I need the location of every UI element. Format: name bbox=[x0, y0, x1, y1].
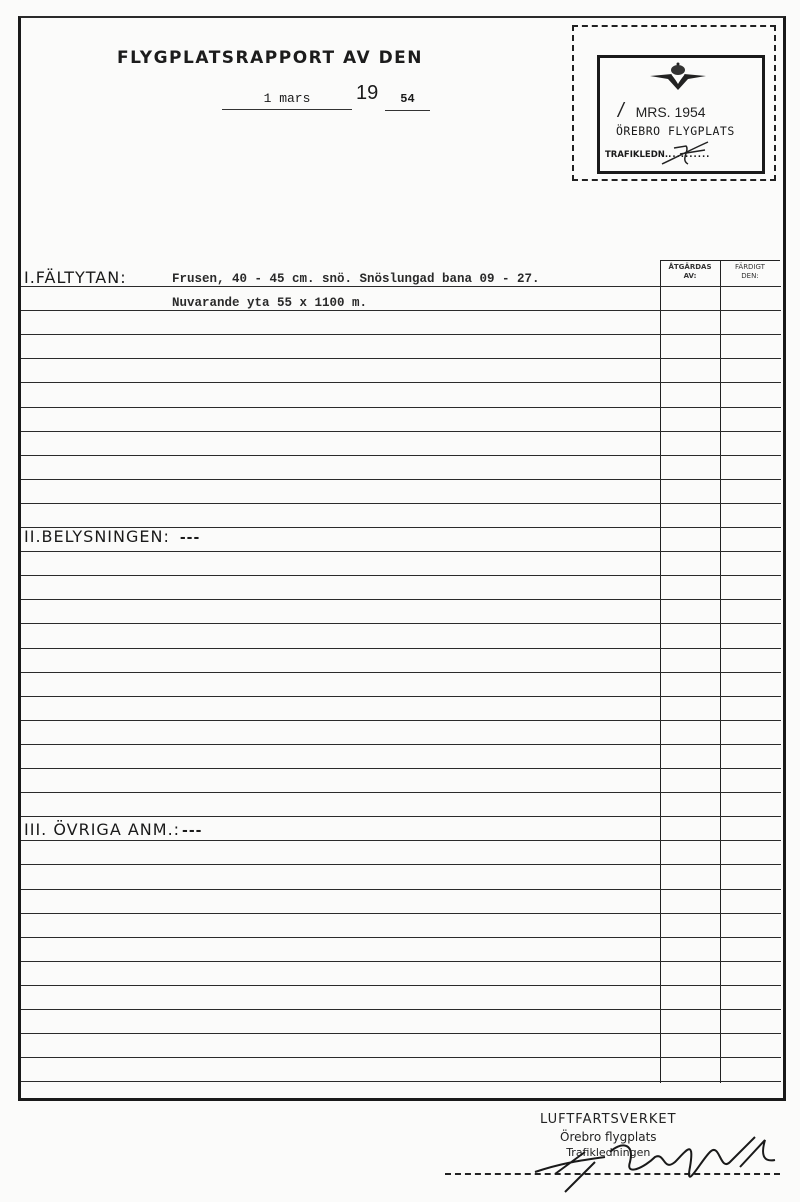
form-rule-line bbox=[21, 768, 781, 769]
report-date-century: 19 bbox=[356, 82, 378, 105]
form-rule-line bbox=[21, 334, 781, 335]
form-rule-line bbox=[21, 1009, 781, 1010]
form-rule-line bbox=[21, 720, 781, 721]
form-rule-line bbox=[21, 840, 781, 841]
form-rule-line bbox=[21, 961, 781, 962]
form-rule-line bbox=[21, 479, 781, 480]
section-lighting-value: --- bbox=[180, 530, 200, 546]
column-header-done-line1: FÄRDIGT bbox=[721, 263, 779, 272]
stamp-date: /MRS. 1954 bbox=[618, 100, 706, 123]
crown-wings-emblem-icon bbox=[648, 62, 708, 92]
form-rule-line bbox=[21, 696, 781, 697]
authority-org: LUFTFARTSVERKET bbox=[540, 1112, 677, 1127]
stamp-date-text: MRS. 1954 bbox=[636, 104, 706, 120]
section-other-remarks-value: --- bbox=[182, 823, 202, 839]
column-header-done-line2: DEN: bbox=[721, 272, 779, 281]
form-rule-line bbox=[21, 792, 781, 793]
section-field-surface-line1: Frusen, 40 - 45 cm. snö. Snöslungad bana… bbox=[172, 272, 540, 286]
section-lighting: II.BELYSNINGEN:--- bbox=[24, 527, 200, 546]
report-date-year: 54 bbox=[385, 88, 430, 111]
section-other-remarks-label: III. ÖVRIGA ANM.: bbox=[24, 820, 180, 839]
form-rule-line bbox=[21, 1057, 781, 1058]
form-rule-line bbox=[21, 864, 781, 865]
stamp-traffic-label: TRAFIKLEDN. bbox=[605, 150, 668, 160]
form-rule-line bbox=[21, 623, 781, 624]
form-rule-line bbox=[21, 1081, 781, 1082]
form-rule-line bbox=[21, 407, 781, 408]
form-rule-line bbox=[21, 382, 781, 383]
form-rule-line bbox=[21, 648, 781, 649]
section-other-remarks: III. ÖVRIGA ANM.:--- bbox=[24, 820, 202, 839]
form-rule-line bbox=[21, 575, 781, 576]
signature-icon bbox=[660, 138, 720, 168]
form-rule-line bbox=[21, 937, 781, 938]
stamp-place: ÖREBRO FLYGPLATS bbox=[616, 124, 735, 138]
stamp-day-mark: / bbox=[618, 100, 624, 122]
form-rule-line bbox=[21, 1033, 781, 1034]
section-field-surface-label: I.FÄLTYTAN: bbox=[24, 268, 127, 287]
form-rule-line bbox=[21, 913, 781, 914]
form-rule-line bbox=[21, 455, 781, 456]
form-rule-line bbox=[21, 503, 781, 504]
form-rule-line bbox=[21, 358, 781, 359]
form-rule-line bbox=[21, 816, 781, 817]
form-rule-line bbox=[21, 672, 781, 673]
report-date-day: 1 mars bbox=[222, 88, 352, 110]
column-header-action-by-line2: AV: bbox=[661, 272, 719, 281]
section-lighting-label: II.BELYSNINGEN: bbox=[24, 527, 170, 546]
form-rule-line bbox=[21, 310, 781, 311]
form-rule-line bbox=[21, 551, 781, 552]
column-header-done: FÄRDIGT DEN: bbox=[721, 263, 779, 281]
form-rule-line bbox=[21, 431, 781, 432]
form-rule-line bbox=[21, 744, 781, 745]
column-header-action-by-line1: ÅTGÄRDAS bbox=[661, 263, 719, 272]
report-title: FLYGPLATSRAPPORT AV DEN bbox=[117, 48, 423, 68]
section-field-surface-line2: Nuvarande yta 55 x 1100 m. bbox=[172, 296, 367, 310]
form-rule-line bbox=[21, 286, 781, 287]
column-header-action-by: ÅTGÄRDAS AV: bbox=[661, 263, 719, 281]
form-rule-line bbox=[21, 599, 781, 600]
form-rule-line bbox=[21, 889, 781, 890]
form-rule-line bbox=[21, 985, 781, 986]
signature-icon bbox=[525, 1132, 785, 1197]
